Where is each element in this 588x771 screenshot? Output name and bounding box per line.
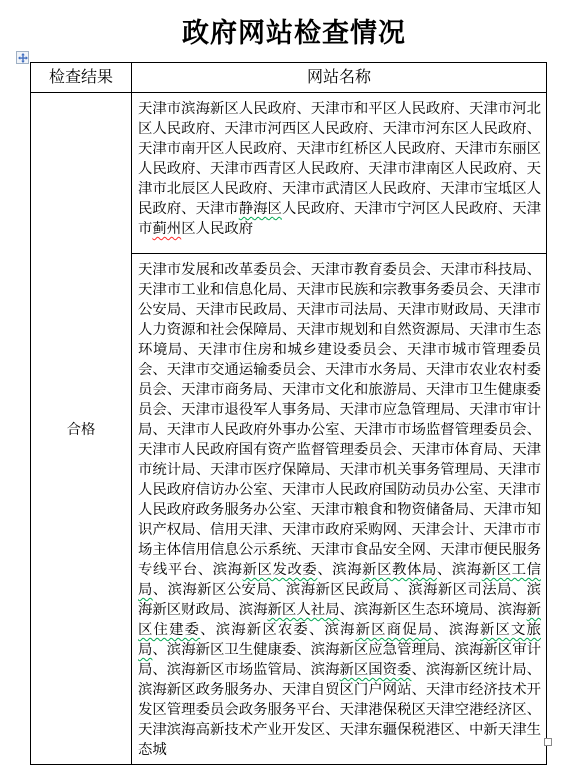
table-move-handle[interactable] — [16, 51, 29, 64]
plain-text: 区人民政府 — [181, 221, 253, 237]
plain-text: 、滨海新区生态环境局、滨海 — [340, 602, 527, 618]
header-cell-website: 网站名称 — [132, 63, 547, 93]
plain-text: 天津市滨海新区人民政府、天津市和平区人民政府、天津市河北区人民政府、天津市河西区… — [138, 101, 541, 217]
table-header-row: 检查结果 网站名称 — [31, 63, 547, 93]
result-cell-qualified: 合格 — [31, 93, 132, 765]
plain-text: 、滨海 — [437, 562, 482, 578]
page-title: 政府网站检查情况 — [0, 11, 588, 50]
spellcheck-marked-text: 新区发改委 — [243, 562, 318, 578]
spellcheck-marked-text: 新区商促局 — [356, 622, 434, 638]
website-list-cell-districts: 天津市滨海新区人民政府、天津市和平区人民政府、天津市河北区人民政府、天津市河西区… — [132, 93, 547, 254]
plain-text: 、滨海 — [317, 562, 362, 578]
spellcheck-marked-text: 静海区 — [239, 201, 282, 217]
spellcheck-marked-text: 新区教体局 — [362, 562, 437, 578]
plain-text: 天津市发展和改革委员会、天津市教育委员会、天津市科技局、天津市工业和信息化局、天… — [138, 262, 541, 578]
plain-text: 、滨海新区农委、滨海 — [200, 622, 355, 638]
move-cross-icon — [18, 53, 28, 63]
table-resize-handle[interactable] — [544, 738, 552, 746]
spellcheck-marked-text: 新区国资委 — [339, 662, 411, 678]
plain-text: 、滨海 — [433, 622, 480, 638]
inspection-table: 检查结果 网站名称 合格 天津市滨海新区人民政府、天津市和平区人民政府、天津市河… — [30, 62, 547, 765]
document-page: 政府网站检查情况 检查结果 网站名称 合格 天津市滨海新区人民政府、天津市和平区… — [0, 0, 588, 771]
website-list-cell-departments: 天津市发展和改革委员会、天津市教育委员会、天津市科技局、天津市工业和信息化局、天… — [132, 254, 547, 765]
spellcheck-marked-text: 新区人社局 — [268, 602, 340, 618]
header-cell-result: 检查结果 — [31, 63, 132, 93]
table-row: 合格 天津市滨海新区人民政府、天津市和平区人民政府、天津市河北区人民政府、天津市… — [31, 93, 547, 254]
spellcheck-marked-text: 蓟州 — [152, 221, 181, 237]
